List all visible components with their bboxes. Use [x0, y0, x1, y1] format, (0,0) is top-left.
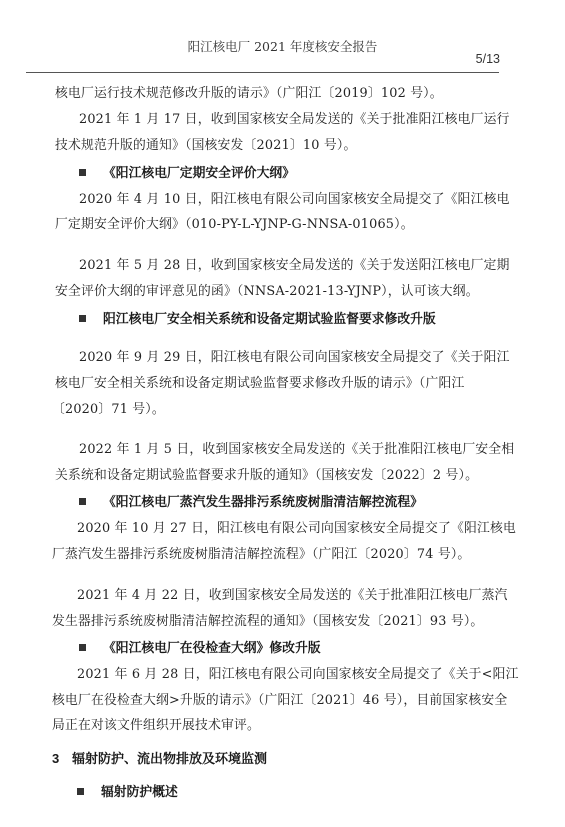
bullet-heading: 阳江核电厂安全相关系统和设备定期试验监督要求修改升版 [79, 308, 436, 327]
paragraph-line: 2020 年 10 月 27 日，阳江核电有限公司向国家核安全局提交了《阳江核电 [77, 517, 516, 536]
paragraph-line: 局正在对该文件组织开展技术审评。 [52, 714, 260, 733]
square-bullet-icon [79, 169, 86, 176]
header-divider [26, 72, 499, 73]
square-bullet-icon [79, 315, 86, 322]
bullet-heading-text: 《阳江核电厂蒸汽发生器排污系统废树脂清洁解控流程》 [103, 495, 423, 510]
bullet-heading-text: 《阳江核电厂在役检查大纲》修改升版 [103, 641, 321, 656]
paragraph-line: 2021 年 1 月 17 日，收到国家核安全局发送的《关于批准阳江核电厂运行 [79, 108, 510, 127]
section-heading: 3辐射防护、流出物排放及环境监测 [52, 748, 267, 767]
paragraph-line: 核电厂运行技术规范修改升版的请示》（广阳江〔2019〕102 号）。 [55, 82, 443, 101]
subsection-title: 辐射防护概述 [101, 785, 178, 800]
page-number: 5/13 [476, 52, 500, 66]
paragraph-line: 2022 年 1 月 5 日，收到国家核安全局发送的《关于批准阳江核电厂安全相 [79, 438, 514, 457]
paragraph-line: 2020 年 4 月 10 日，阳江核电有限公司向国家核安全局提交了《阳江核电 [79, 188, 510, 207]
paragraph-line: 技术规范升版的通知》（国核安发〔2021〕10 号）。 [55, 134, 356, 153]
square-bullet-icon [79, 498, 86, 505]
paragraph-line: 安全评价大纲的审评意见的函》（NNSA-2021-13-YJNP），认可该大纲。 [55, 280, 479, 299]
paragraph-line: 厂定期安全评价大纲》（010-PY-L-YJNP-G-NNSA-01065）。 [55, 213, 414, 232]
paragraph-line: 2021 年 6 月 28 日，阳江核电有限公司向国家核安全局提交了《关于<阳江 [77, 663, 519, 682]
paragraph-line: 2021 年 5 月 28 日，收到国家核安全局发送的《关于发送阳江核电厂定期 [79, 254, 510, 273]
bullet-heading-text: 阳江核电厂安全相关系统和设备定期试验监督要求修改升版 [103, 312, 436, 327]
paragraph-line: 厂蒸汽发生器排污系统废树脂清洁解控流程》（广阳江〔2020〕74 号）。 [52, 543, 470, 562]
bullet-heading: 《阳江核电厂在役检查大纲》修改升版 [79, 637, 321, 656]
bullet-heading-text: 《阳江核电厂定期安全评价大纲》 [103, 166, 295, 181]
square-bullet-icon [77, 788, 84, 795]
subsection-heading: 辐射防护概述 [77, 781, 178, 800]
bullet-heading: 《阳江核电厂定期安全评价大纲》 [79, 162, 295, 181]
paragraph-line: 2021 年 4 月 22 日，收到国家核安全局发送的《关于批准阳江核电厂蒸汽 [77, 584, 508, 603]
section-number: 3 [52, 751, 72, 766]
paragraph-line: 〔2020〕71 号）。 [52, 398, 165, 417]
paragraph-line: 核电厂在役检查大纲>升版的请示》（广阳江〔2021〕46 号），目前国家核安全 [52, 689, 507, 708]
paragraph-line: 关系统和设备定期试验监督要求升版的通知》（国核安发〔2022〕2 号）。 [55, 464, 478, 483]
section-title: 辐射防护、流出物排放及环境监测 [72, 752, 267, 767]
paragraph-line: 发生器排污系统废树脂清洁解控流程的通知》（国核安发〔2021〕93 号）。 [52, 610, 483, 629]
paragraph-line: 2020 年 9 月 29 日，阳江核电有限公司向国家核安全局提交了《关于阳江 [79, 346, 510, 365]
square-bullet-icon [79, 644, 86, 651]
bullet-heading: 《阳江核电厂蒸汽发生器排污系统废树脂清洁解控流程》 [79, 491, 423, 510]
paragraph-line: 核电厂安全相关系统和设备定期试验监督要求修改升版的请示》（广阳江 [55, 372, 465, 391]
